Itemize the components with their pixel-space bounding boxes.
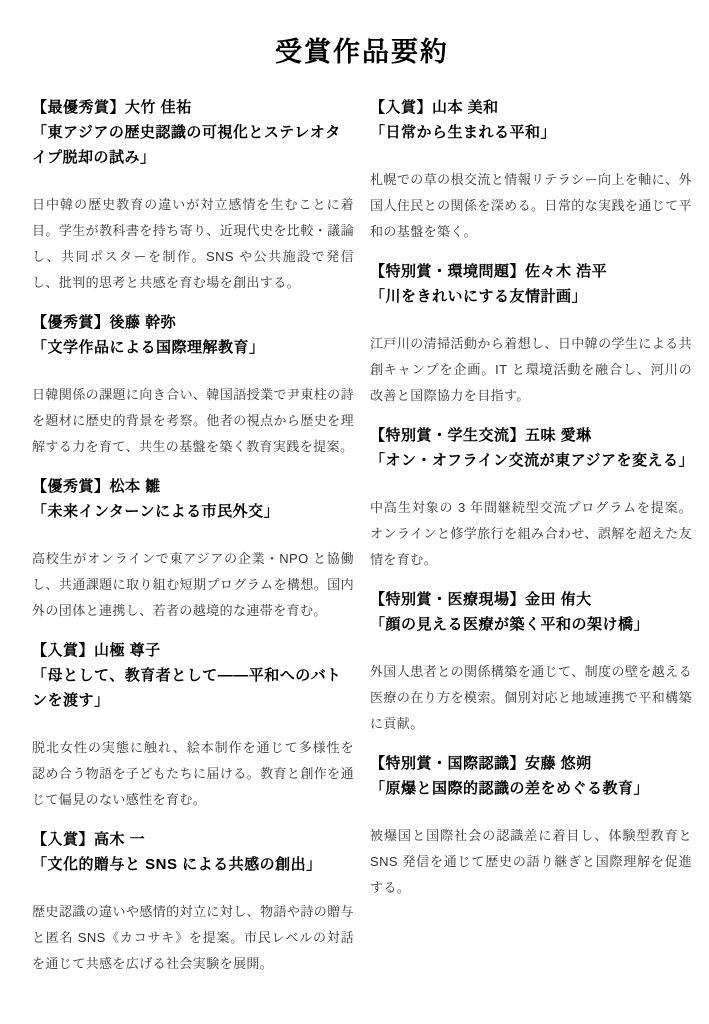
work-summary: 日韓関係の課題に向き合い、韓国語授業で尹東柱の詩を題材に歴史的背景を考察。他者の… (32, 382, 354, 460)
work-summary: 中高生対象の 3 年間継続型交流プログラムを提案。オンラインと修学旅行を組み合わ… (370, 495, 692, 573)
award-category-label: 【優秀賞】 (32, 314, 110, 331)
winner-name: 後藤 幹弥 (110, 314, 177, 331)
work-summary: 外国人患者との関係構築を通じて、制度の壁を越える医療の在り方を模索。個別対応と地… (370, 659, 692, 737)
page-title: 受賞作品要約 (32, 30, 692, 69)
two-column-layout: 【最優秀賞】大竹 佳祐 「東アジアの歴史認識の可視化とステレオタイプ脱却の試み」… (32, 95, 692, 991)
award-entry: 【最優秀賞】大竹 佳祐 「東アジアの歴史認識の可視化とステレオタイプ脱却の試み」… (32, 95, 354, 296)
work-title: 「顔の見える医療が築く平和の架け橋」 (370, 612, 692, 637)
award-entry: 【優秀賞】松本 雛 「未来インターンによる市民外交」 高校生がオンラインで東アジ… (32, 474, 354, 624)
entry-heading: 【入賞】高木 一 (32, 827, 354, 852)
award-category-label: 【入賞】 (32, 642, 94, 659)
work-summary: 被爆国と国際社会の認識差に着目し、体験型教育と SNS 発信を通じて歴史の語り継… (370, 823, 692, 901)
entry-heading: 【優秀賞】松本 雛 (32, 474, 354, 499)
document-page: 受賞作品要約 【最優秀賞】大竹 佳祐 「東アジアの歴史認識の可視化とステレオタイ… (0, 0, 709, 1024)
entry-heading: 【最優秀賞】大竹 佳祐 (32, 95, 354, 120)
winner-name: 佐々木 浩平 (525, 263, 607, 280)
winner-name: 高木 一 (94, 831, 145, 848)
entry-heading: 【入賞】山本 美和 (370, 95, 692, 120)
winner-name: 大竹 佳祐 (125, 99, 192, 116)
award-entry: 【特別賞・医療現場】金田 侑大 「顔の見える医療が築く平和の架け橋」 外国人患者… (370, 587, 692, 737)
work-title: 「原爆と国際的認識の差をめぐる教育」 (370, 776, 692, 801)
work-summary: 江戸川の清掃活動から着想し、日中韓の学生による共創キャンプを企画。IT と環境活… (370, 331, 692, 409)
work-summary: 札幌での草の根交流と情報リテラシー向上を軸に、外国人住民との関係を深める。日常的… (370, 167, 692, 245)
award-entry: 【入賞】山極 尊子 「母として、教育者として——平和へのバトンを渡す」 脱北女性… (32, 638, 354, 813)
award-category-label: 【特別賞・学生交流】 (370, 427, 525, 444)
work-title: 「文学作品による国際理解教育」 (32, 335, 354, 360)
award-entry: 【特別賞・環境問題】佐々木 浩平 「川をきれいにする友情計画」 江戸川の清掃活動… (370, 259, 692, 409)
right-column: 【入賞】山本 美和 「日常から生まれる平和」 札幌での草の根交流と情報リテラシー… (370, 95, 692, 991)
award-category-label: 【入賞】 (32, 831, 94, 848)
award-category-label: 【特別賞・環境問題】 (370, 263, 525, 280)
work-title: 「母として、教育者として——平和へのバトンを渡す」 (32, 663, 354, 713)
award-category-label: 【特別賞・医療現場】 (370, 591, 525, 608)
award-category-label: 【特別賞・国際認識】 (370, 755, 525, 772)
winner-name: 山極 尊子 (94, 642, 161, 659)
work-title: 「日常から生まれる平和」 (370, 120, 692, 145)
winner-name: 五味 愛琳 (525, 427, 592, 444)
work-summary: 日中韓の歴史教育の違いが対立感情を生むことに着目。学生が教科書を持ち寄り、近現代… (32, 192, 354, 296)
entry-heading: 【入賞】山極 尊子 (32, 638, 354, 663)
work-title: 「川をきれいにする友情計画」 (370, 284, 692, 309)
winner-name: 安藤 悠朔 (525, 755, 592, 772)
winner-name: 松本 雛 (110, 478, 161, 495)
work-summary: 脱北女性の実態に触れ、絵本制作を通じて多様性を認め合う物語を子どもたちに届ける。… (32, 735, 354, 813)
award-entry: 【入賞】高木 一 「文化的贈与と SNS による共感の創出」 歴史認識の違いや感… (32, 827, 354, 977)
left-column: 【最優秀賞】大竹 佳祐 「東アジアの歴史認識の可視化とステレオタイプ脱却の試み」… (32, 95, 354, 991)
work-title: 「オン・オフライン交流が東アジアを変える」 (370, 448, 692, 473)
work-summary: 歴史認識の違いや感情的対立に対し、物語や詩の贈与と匿名 SNS《カコサキ》を提案… (32, 899, 354, 977)
award-entry: 【優秀賞】後藤 幹弥 「文学作品による国際理解教育」 日韓関係の課題に向き合い、… (32, 310, 354, 460)
award-entry: 【特別賞・国際認識】安藤 悠朔 「原爆と国際的認識の差をめぐる教育」 被爆国と国… (370, 751, 692, 901)
entry-heading: 【特別賞・学生交流】五味 愛琳 (370, 423, 692, 448)
award-entry: 【入賞】山本 美和 「日常から生まれる平和」 札幌での草の根交流と情報リテラシー… (370, 95, 692, 245)
award-category-label: 【最優秀賞】 (32, 99, 125, 116)
award-category-label: 【入賞】 (370, 99, 432, 116)
entry-heading: 【特別賞・国際認識】安藤 悠朔 (370, 751, 692, 776)
award-entry: 【特別賞・学生交流】五味 愛琳 「オン・オフライン交流が東アジアを変える」 中高… (370, 423, 692, 573)
entry-heading: 【特別賞・医療現場】金田 侑大 (370, 587, 692, 612)
work-title: 「文化的贈与と SNS による共感の創出」 (32, 852, 354, 877)
winner-name: 金田 侑大 (525, 591, 592, 608)
work-summary: 高校生がオンラインで東アジアの企業・NPO と協働し、共通課題に取り組む短期プロ… (32, 546, 354, 624)
entry-heading: 【優秀賞】後藤 幹弥 (32, 310, 354, 335)
winner-name: 山本 美和 (432, 99, 499, 116)
entry-heading: 【特別賞・環境問題】佐々木 浩平 (370, 259, 692, 284)
work-title: 「東アジアの歴史認識の可視化とステレオタイプ脱却の試み」 (32, 120, 354, 170)
award-category-label: 【優秀賞】 (32, 478, 110, 495)
work-title: 「未来インターンによる市民外交」 (32, 499, 354, 524)
